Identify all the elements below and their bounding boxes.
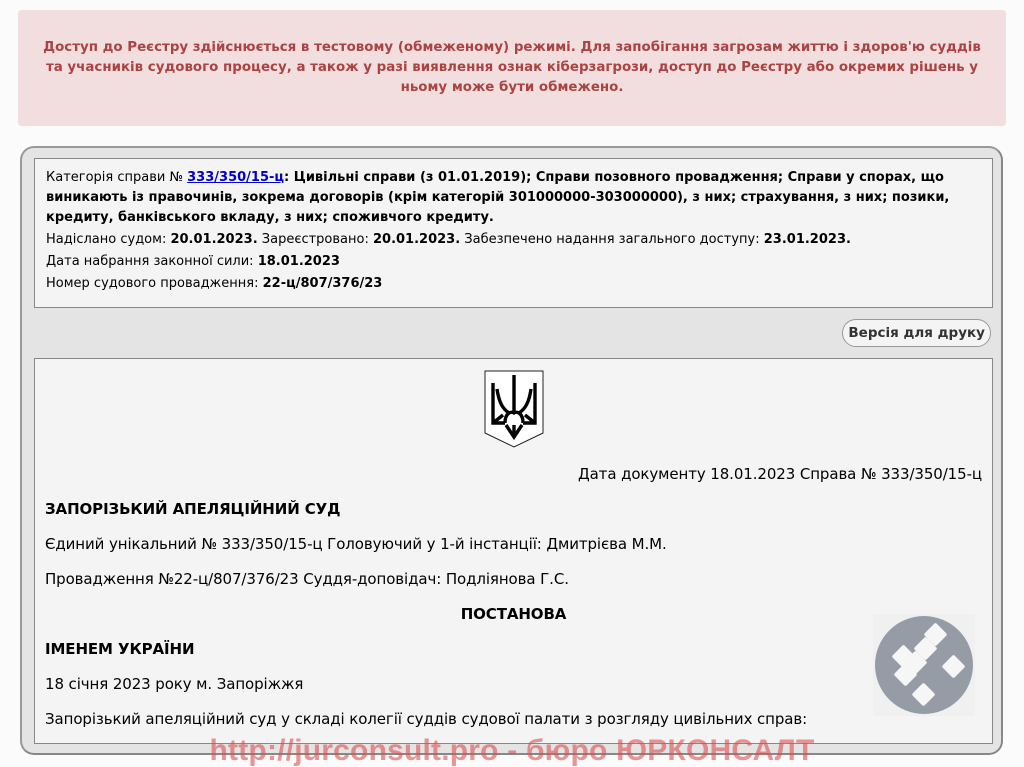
sent-label: Надіслано судом: [46, 232, 170, 247]
sent-value: 20.01.2023. [170, 232, 257, 247]
court-name: ЗАПОРІЗЬКИЙ АПЕЛЯЦІЙНИЙ СУД [45, 499, 982, 519]
registered-value: 20.01.2023. [373, 232, 460, 247]
public-access-label: Забезпечено надання загального доступу: [460, 232, 764, 247]
document-type: ПОСТАНОВА [45, 604, 982, 624]
document-body: Дата документу 18.01.2023 Справа № 333/3… [34, 358, 993, 744]
alert-text: Доступ до Реєстру здійснюється в тестово… [34, 38, 990, 98]
watermark-text: http://jurconsult.pro - бюро ЮРКОНСАЛТ [0, 735, 1024, 767]
effective-date: Дата набрання законної сили: 18.01.2023 [46, 252, 981, 272]
in-the-name-of-ukraine: ІМЕНЕМ УКРАЇНИ [45, 639, 982, 659]
coat-of-arms-icon [483, 369, 545, 449]
print-version-button[interactable]: Версія для друку [842, 319, 991, 347]
proceeding-label: Номер судового провадження: [46, 276, 263, 291]
proceeding-number: Номер судового провадження: 22-ц/807/376… [46, 274, 981, 294]
proceeding-line: Провадження №22-ц/807/376/23 Суддя-допов… [45, 569, 982, 589]
case-number-link[interactable]: 333/350/15-ц [187, 170, 284, 185]
date-place-line: 18 січня 2023 року м. Запоріжжя [45, 674, 982, 694]
proceeding-value: 22-ц/807/376/23 [263, 276, 383, 291]
effective-value: 18.01.2023 [258, 254, 340, 269]
registered-label: Зареєстровано: [258, 232, 373, 247]
case-dates: Надіслано судом: 20.01.2023. Зареєстрова… [46, 230, 981, 250]
unique-number-line: Єдиний унікальний № 333/350/15-ц Головую… [45, 534, 982, 554]
document-date-line: Дата документу 18.01.2023 Справа № 333/3… [45, 464, 982, 484]
effective-label: Дата набрання законної сили: [46, 254, 258, 269]
puzzle-logo-icon [873, 614, 975, 716]
body-paragraph: Запорізький апеляційний суд у складі кол… [45, 709, 982, 729]
public-access-value: 23.01.2023. [764, 232, 851, 247]
case-category: Категорія справи № 333/350/15-ц: Цивільн… [46, 168, 981, 228]
access-warning-alert: Доступ до Реєстру здійснюється в тестово… [18, 10, 1006, 126]
category-label: Категорія справи № [46, 170, 187, 185]
case-info-panel: Категорія справи № 333/350/15-ц: Цивільн… [34, 158, 993, 308]
decision-frame: Категорія справи № 333/350/15-ц: Цивільн… [20, 146, 1003, 755]
